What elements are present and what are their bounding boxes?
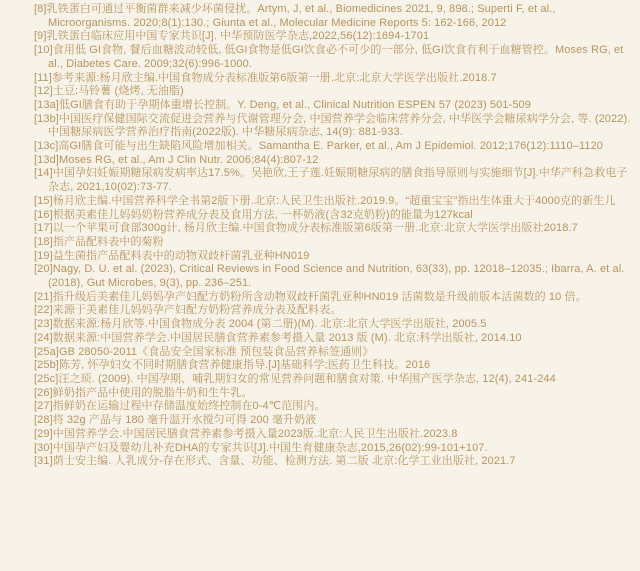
reference-label: [24] (34, 332, 53, 344)
reference-item: [23]数据来源:杨月欣等.中国食物成分表 2004 (第二册)(M). 北京:… (34, 318, 632, 332)
reference-item: [20]Nagy, D. U. et al. (2023), Critical … (34, 263, 632, 290)
reference-text: 中国孕妇妊娠期糖尿病发病率达17.5%。吴艳欣,王子莲.妊娠期糖尿病的膳食指导原… (48, 167, 628, 193)
reference-label: [25b] (34, 359, 59, 371)
reference-text: 杨月欣主编.中国营养科学全书第2版下册.北京:人民卫生出版社.2019.9。“超… (53, 195, 616, 207)
reference-label: [27] (34, 400, 53, 412)
reference-text: 土豆:马铃薯 (烧烤, 无油脂) (53, 85, 184, 97)
reference-item: [18]指产品配料表中的菊粉 (34, 236, 632, 250)
reference-text: 低GI膳食有助于孕期体重增长控制。Y. Deng, et al., Clinic… (59, 99, 531, 111)
reference-label: [16] (34, 209, 53, 221)
reference-label: [23] (34, 318, 53, 330)
reference-item: [8]乳铁蛋白可通过平衡菌群来减少坏菌侵扰。Artym, J, et al., … (34, 3, 632, 30)
reference-label: [15] (34, 195, 53, 207)
reference-text: 陈芳, 怀孕妇女不同时期膳食营养健康指导.[J]基础科学;医药卫生科技。2016 (59, 359, 430, 371)
reference-label: [13d] (34, 154, 59, 166)
reference-item: [13c]高GI膳食可能与出生缺陷风险增加相关。Samantha E. Park… (34, 140, 632, 154)
reference-item: [21]指升级后美素佳儿妈妈孕产妇配方奶粉所含动物双歧杆菌乳亚种HN019 活菌… (34, 291, 632, 305)
reference-text: 指产品配料表中的菊粉 (53, 236, 164, 248)
reference-item: [25c]汪之顼. (2009). 中国孕期、哺乳期妇女的常见营养问题和膳食对策… (34, 373, 632, 387)
reference-label: [21] (34, 291, 53, 303)
reference-label: [13a] (34, 99, 59, 111)
reference-label: [13b] (34, 113, 59, 125)
reference-label: [28] (34, 414, 53, 426)
reference-label: [20] (34, 263, 53, 275)
reference-text: Nagy, D. U. et al. (2023), Critical Revi… (48, 263, 624, 289)
reference-text: 数据来源:杨月欣等.中国食物成分表 2004 (第二册)(M). 北京:北京大学… (53, 318, 487, 330)
reference-item: [25a]GB 28050-2011《食品安全国家标准 预包装食品营养标签通则》 (34, 346, 632, 360)
reference-item: [10]食用低 GI食物, 餐后血糖波动较低, 低GI食物是低GI饮食必不可少的… (34, 44, 632, 71)
reference-text: 乳铁蛋白可通过平衡菌群来减少坏菌侵扰。Artym, J, et al., Bio… (47, 3, 556, 29)
reference-text: Moses RG, et al., Am J Clin Nutr. 2006;8… (59, 154, 318, 166)
reference-item: [9]乳铁蛋白临床应用中国专家共识[J]. 中华预防医学杂志,2022,56(1… (34, 30, 632, 44)
reference-label: [12] (34, 85, 53, 97)
reference-label: [22] (34, 304, 53, 316)
reference-label: [19] (34, 250, 53, 262)
reference-item: [11]参考来源:杨月欣主编.中国食物成分表标准版第6版第一册.北京:北京大学医… (34, 72, 632, 86)
reference-text: 高GI膳食可能与出生缺陷风险增加相关。Samantha E. Parker, e… (58, 140, 603, 152)
reference-label: [31] (34, 455, 53, 467)
reference-label: [13c] (34, 140, 58, 152)
reference-item: [13a]低GI膳食有助于孕期体重增长控制。Y. Deng, et al., C… (34, 99, 632, 113)
reference-text: 指升级后美素佳儿妈妈孕产妇配方奶粉所含动物双歧杆菌乳亚种HN019 活菌数是升级… (53, 291, 587, 303)
reference-text: 参考来源:杨月欣主编.中国食物成分表标准版第6版第一册.北京:北京大学医学出版社… (52, 72, 497, 84)
reference-item: [14]中国孕妇妊娠期糖尿病发病率达17.5%。吴艳欣,王子莲.妊娠期糖尿病的膳… (34, 167, 632, 194)
reference-label: [26] (34, 387, 53, 399)
reference-item: [13b]中国医疗保健国际交流促进会营养与代谢管理分会, 中国营养学会临床营养分… (34, 113, 632, 140)
reference-text: 荫士安主编. 人乳成分-存在形式、含量、功能、检测方法. 第二版 北京:化学工业… (53, 455, 516, 467)
reference-text: 中国孕产妇及婴幼儿补充DHA的专家共识[J].中国生育健康杂志,2015,26(… (53, 442, 488, 454)
reference-item: [17]以一个苹果可食部300g计, 杨月欣主编.中国食物成分表标准版第6版第一… (34, 222, 632, 236)
reference-text: 指鲜奶在运输过程中存储温度始终控制在0-4℃范围内。 (53, 400, 326, 412)
reference-label: [9] (34, 30, 47, 42)
reference-item: [22]来源于美素佳儿妈妈孕产妇配方奶粉营养成分表及配料表。 (34, 304, 632, 318)
reference-text: 乳铁蛋白临床应用中国专家共识[J]. 中华预防医学杂志,2022,56(12):… (47, 30, 430, 42)
reference-label: [11] (34, 72, 52, 84)
reference-label: [30] (34, 442, 53, 454)
reference-item: [24]数据来源:中国营养学会.中国居民膳食营养素参考摄入量 2013 版 (M… (34, 332, 632, 346)
reference-label: [25c] (34, 373, 58, 385)
reference-item: [15]杨月欣主编.中国营养科学全书第2版下册.北京:人民卫生出版社.2019.… (34, 195, 632, 209)
reference-item: [27]指鲜奶在运输过程中存储温度始终控制在0-4℃范围内。 (34, 400, 632, 414)
reference-label: [17] (34, 222, 53, 234)
reference-item: [28]将 32g 产品与 180 毫升温开水搅匀可得 200 毫升奶液 (34, 414, 632, 428)
reference-item: [29]中国营养学会.中国居民膳食营养素参考摄入量2023版.北京:人民卫生出版… (34, 428, 632, 442)
reference-text: 食用低 GI食物, 餐后血糖波动较低, 低GI食物是低GI饮食必不可少的一部分,… (48, 44, 623, 70)
reference-item: [30]中国孕产妇及婴幼儿补充DHA的专家共识[J].中国生育健康杂志,2015… (34, 442, 632, 456)
reference-label: [29] (34, 428, 53, 440)
reference-text: 中国营养学会.中国居民膳食营养素参考摄入量2023版.北京:人民卫生出版社.20… (53, 428, 458, 440)
reference-text: GB 28050-2011《食品安全国家标准 预包装食品营养标签通则》 (59, 346, 373, 358)
reference-item: [16]根据美素佳儿妈妈奶粉营养成分表及食用方法, 一杯奶液(含32克奶粉)的能… (34, 209, 632, 223)
reference-text: 根据美素佳儿妈妈奶粉营养成分表及食用方法, 一杯奶液(含32克奶粉)的能量为12… (53, 209, 473, 221)
reference-label: [18] (34, 236, 53, 248)
reference-text: 鲜奶指产品中使用的脱脂牛奶和生牛乳。 (53, 387, 253, 399)
reference-text: 数据来源:中国营养学会.中国居民膳食营养素参考摄入量 2013 版 (M). 北… (53, 332, 522, 344)
reference-item: [31]荫士安主编. 人乳成分-存在形式、含量、功能、检测方法. 第二版 北京:… (34, 455, 632, 469)
reference-item: [19]益生菌指产品配料表中的动物双歧杆菌乳亚种HN019 (34, 250, 632, 264)
references-page: [8]乳铁蛋白可通过平衡菌群来减少坏菌侵扰。Artym, J, et al., … (0, 0, 640, 571)
reference-item: [13d]Moses RG, et al., Am J Clin Nutr. 2… (34, 154, 632, 168)
reference-label: [14] (34, 167, 53, 179)
reference-label: [10] (34, 44, 53, 56)
reference-text: 汪之顼. (2009). 中国孕期、哺乳期妇女的常见营养问题和膳食对策. 中华围… (58, 373, 556, 385)
reference-text: 以一个苹果可食部300g计, 杨月欣主编.中国食物成分表标准版第6版第一册.北京… (53, 222, 578, 234)
reference-item: [25b]陈芳, 怀孕妇女不同时期膳食营养健康指导.[J]基础科学;医药卫生科技… (34, 359, 632, 373)
reference-label: [8] (34, 3, 47, 15)
reference-label: [25a] (34, 346, 59, 358)
reference-text: 益生菌指产品配料表中的动物双歧杆菌乳亚种HN019 (53, 250, 310, 262)
reference-text: 中国医疗保健国际交流促进会营养与代谢管理分会, 中国营养学会临床营养分会, 中华… (48, 113, 630, 139)
reference-text: 将 32g 产品与 180 毫升温开水搅匀可得 200 毫升奶液 (53, 414, 317, 426)
reference-item: [12]土豆:马铃薯 (烧烤, 无油脂) (34, 85, 632, 99)
reference-item: [26]鲜奶指产品中使用的脱脂牛奶和生牛乳。 (34, 387, 632, 401)
references-list: [8]乳铁蛋白可通过平衡菌群来减少坏菌侵扰。Artym, J, et al., … (34, 3, 632, 469)
reference-text: 来源于美素佳儿妈妈孕产妇配方奶粉营养成分表及配料表。 (53, 304, 342, 316)
